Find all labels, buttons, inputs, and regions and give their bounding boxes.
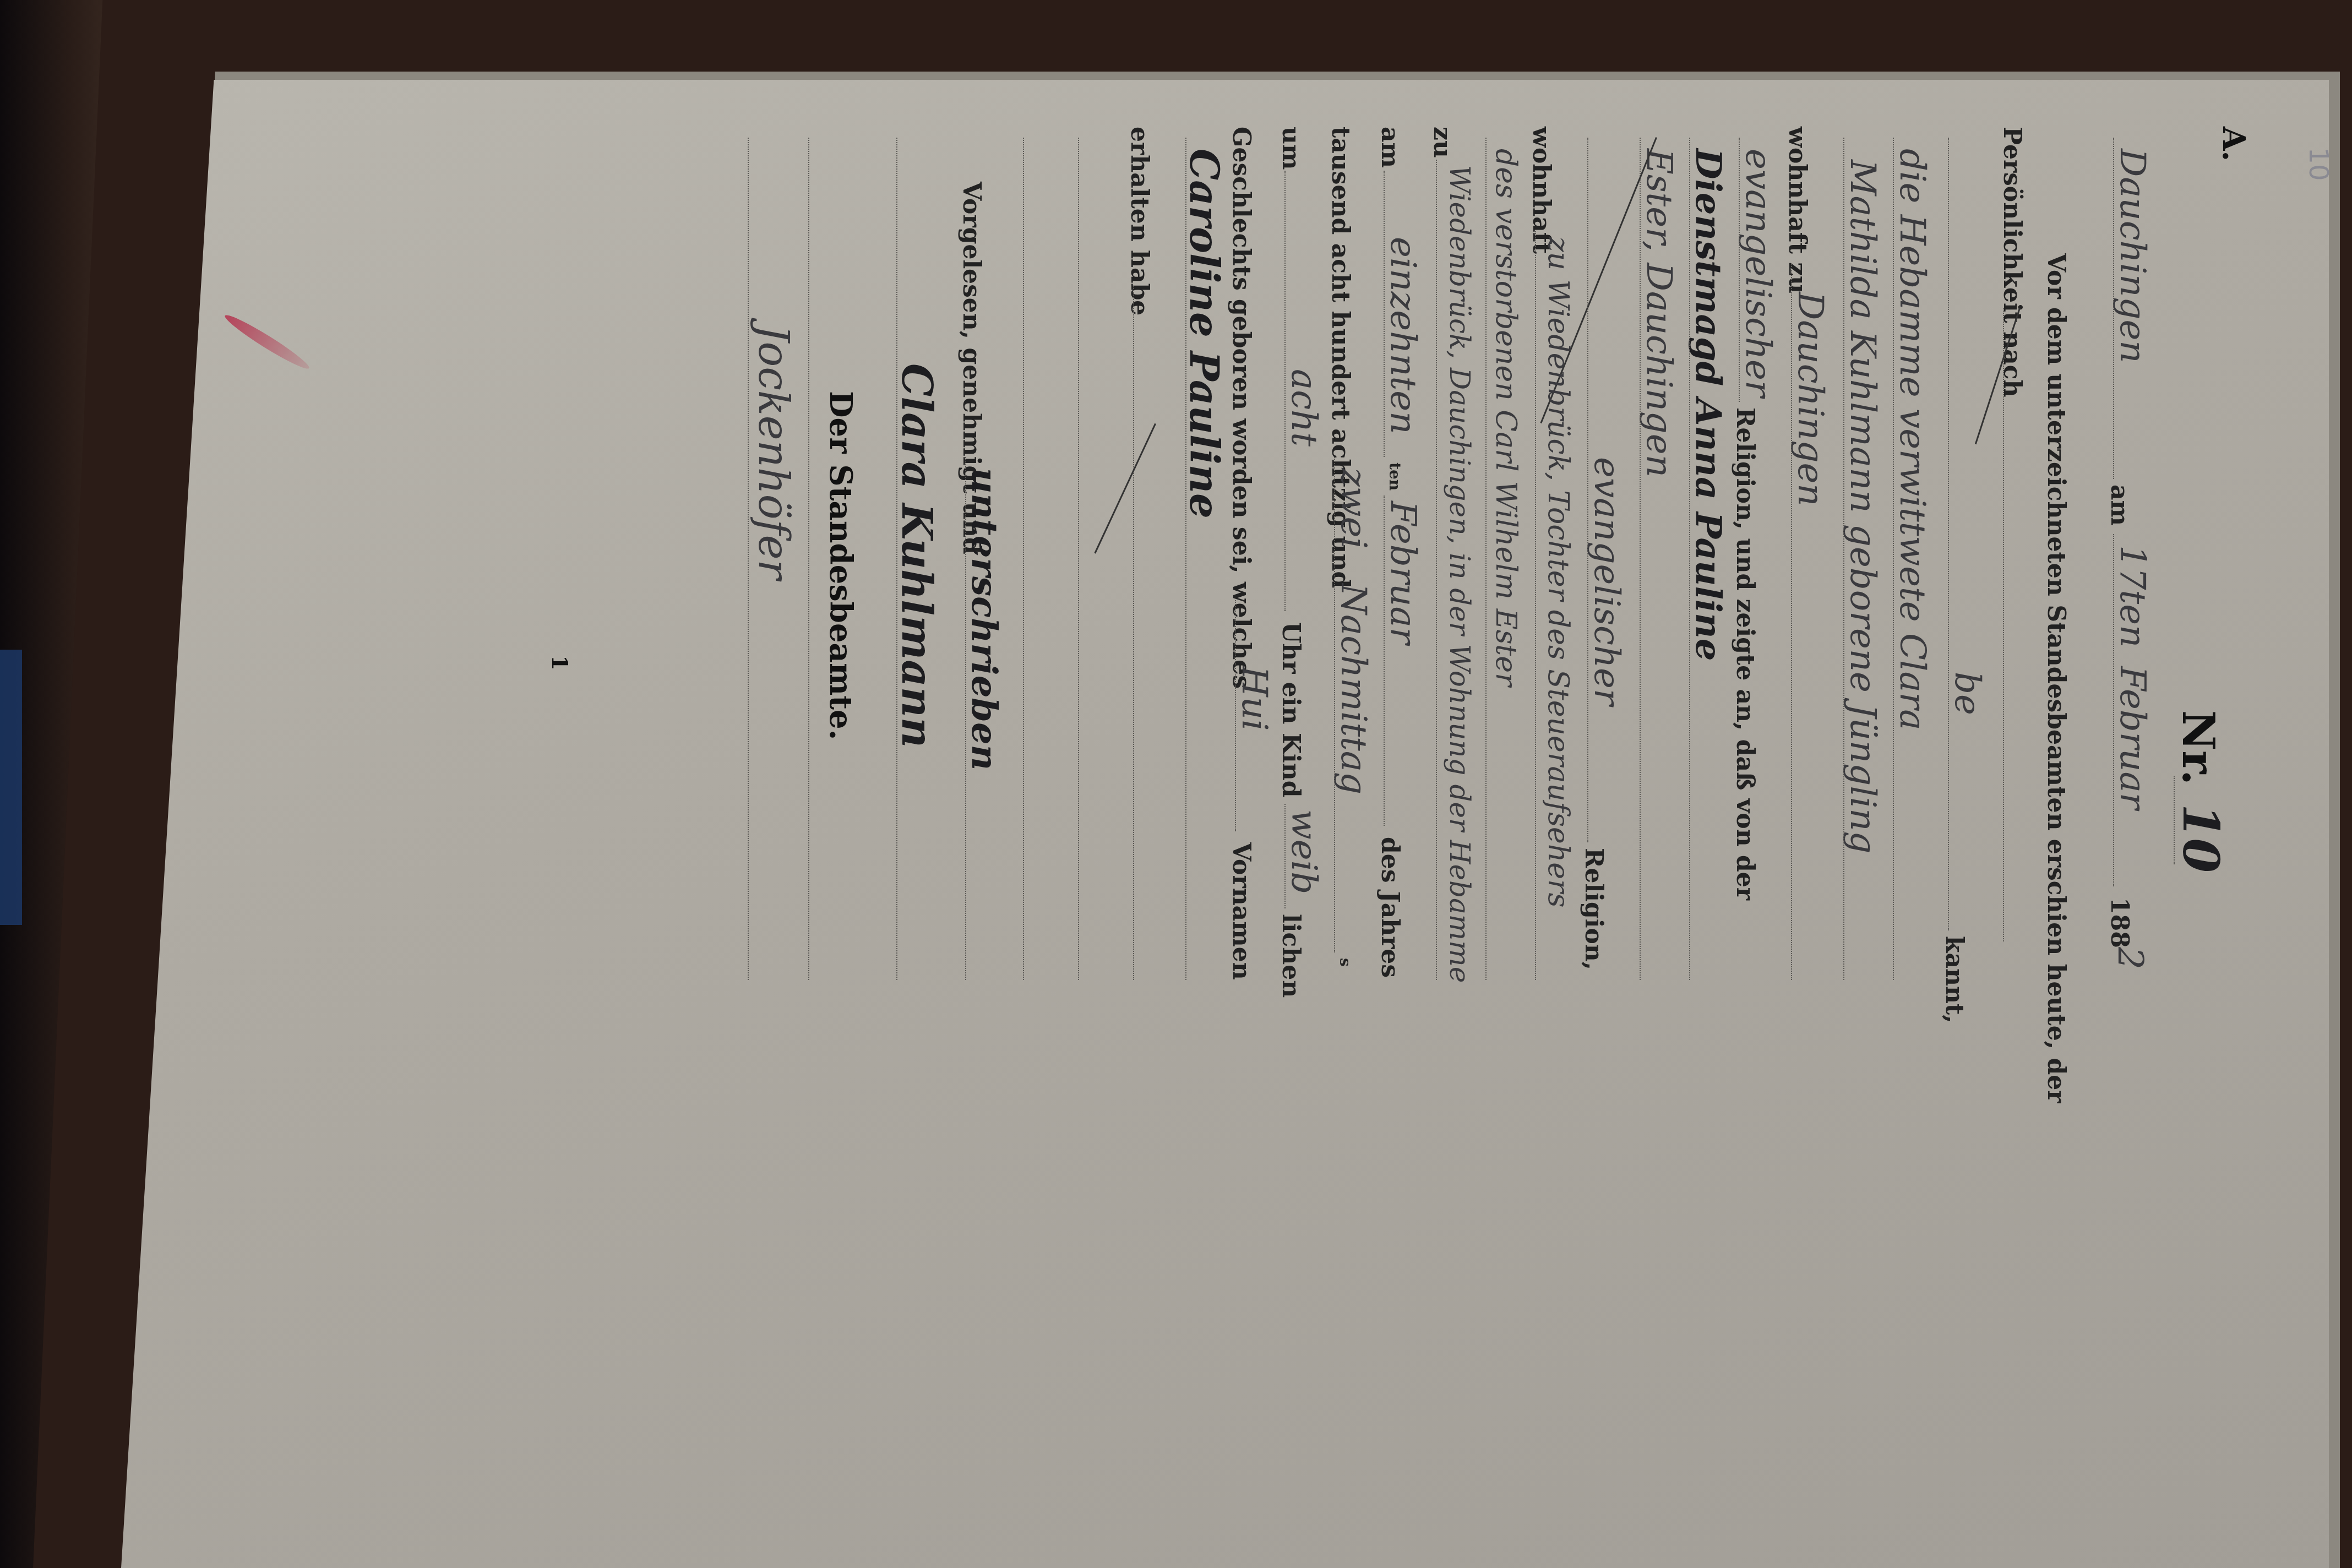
birthplace-value: Wiedenbrück, Dauchingen, in der Wohnung … xyxy=(1444,165,1476,983)
residence-label: wohnhaft zu xyxy=(1783,127,1811,293)
declarant-line1-rule xyxy=(1893,138,1894,980)
name-mark-line xyxy=(1235,600,1236,831)
birth-year-value: zwei xyxy=(1333,468,1374,549)
mother-residence-line2: des verstorbenen Carl Wilhelm Ester xyxy=(1489,149,1522,687)
forenames-line xyxy=(1185,138,1186,980)
time-um: um xyxy=(1277,127,1305,170)
entry-number: 10 xyxy=(2171,804,2230,873)
year-printed: 188 xyxy=(2105,897,2133,948)
religion1-label: Religion, und zeigte an, daß von der xyxy=(1731,407,1759,900)
year-handwritten: 2 xyxy=(2109,947,2150,970)
identity-line xyxy=(2003,308,2004,941)
residence-line xyxy=(1791,264,1792,980)
birth-register-form: A. Nr. 10 Dauchingen am 17ten Februar 18… xyxy=(385,127,2285,1448)
date-month: Februar xyxy=(2112,666,2153,809)
birth-year-line xyxy=(1334,457,1335,952)
religion2-label: Religion, xyxy=(1580,848,1608,970)
identity-label: Persönlichkeit nach xyxy=(1998,127,2026,398)
received-line xyxy=(1133,286,1134,980)
mother-line1-rule xyxy=(1689,138,1690,980)
footer-page-number: 1 xyxy=(547,655,573,671)
received-strike xyxy=(1094,423,1156,554)
place-line xyxy=(2113,138,2114,479)
declarant-line1: die Hebamme verwittwete Clara xyxy=(1892,149,1932,730)
known-line xyxy=(1948,138,1949,930)
birthplace-label: zu xyxy=(1428,127,1456,158)
mother-line1: Dienstmagd Anna Pauline xyxy=(1687,149,1729,661)
religion2-line xyxy=(1587,138,1588,842)
forenames-label: Vornamen xyxy=(1227,842,1255,980)
entry-number-line xyxy=(2174,776,2175,864)
date-day: 17ten xyxy=(2112,545,2153,647)
time-suffix: s xyxy=(1336,958,1354,967)
date-prefix: am xyxy=(2105,484,2133,526)
time-uhr-label: Uhr ein Kind xyxy=(1277,622,1305,798)
blank-line-2 xyxy=(1023,138,1024,980)
registrar-line-2 xyxy=(748,138,749,980)
birth-year-label: des Jahres xyxy=(1376,837,1404,978)
religion1-line xyxy=(1739,138,1740,402)
religion2-value: evangelischer xyxy=(1586,457,1627,706)
registrar-title: Der Standesbeamte. xyxy=(823,391,859,740)
declarant-line2: Mathilda Kuhlmann geborene Jüngling xyxy=(1842,160,1883,853)
declarant-signature: Clara Kuhlmann xyxy=(892,363,941,748)
received-label: erhalten habe xyxy=(1125,127,1153,315)
known-mark: be xyxy=(1947,672,1988,715)
known-label: kannt, xyxy=(1940,936,1968,1023)
registrar-line-1 xyxy=(808,138,809,980)
mother-residence-label: wohnhaft xyxy=(1527,127,1555,254)
birth-month-value: Februar xyxy=(1382,501,1423,644)
time-of-day-value: Nachmittag xyxy=(1333,584,1374,794)
sex-label: lichen xyxy=(1277,914,1305,998)
declarant-signature-line xyxy=(896,138,897,980)
register-letter: A. xyxy=(2215,127,2252,161)
mother-line2-rule xyxy=(1640,138,1641,980)
place-value: Dauchingen xyxy=(2112,149,2153,363)
entry-number-label: Nr. xyxy=(2173,710,2224,785)
forenames-value: Caroline Pauline xyxy=(1181,149,1228,519)
signature-word: unterschrieben xyxy=(963,468,1005,770)
birth-day-line xyxy=(1384,171,1385,457)
birthplace-line xyxy=(1436,160,1437,980)
birth-month-line xyxy=(1384,496,1385,826)
intro-text: Vor dem unterzeichneten Standesbeamten e… xyxy=(2042,253,2070,1103)
religion1-value: evangelischer xyxy=(1738,149,1778,398)
mother-residence-line xyxy=(1535,231,1536,980)
pencil-page-number: 10 xyxy=(2303,147,2334,181)
background-blue-cloth xyxy=(0,650,22,925)
mother-residence-value: zu Wiedenbrück, Tochter des Steueraufseh… xyxy=(1542,237,1575,908)
sex-value: weib xyxy=(1283,809,1324,894)
gender-label: Geschlechts geboren worden sei, welches xyxy=(1227,127,1255,689)
time-hour-value: acht xyxy=(1283,369,1324,447)
mother-residence-line2-rule xyxy=(1485,138,1487,980)
residence-value: Dauchingen xyxy=(1790,292,1831,507)
birth-month-suffix: ten xyxy=(1386,462,1404,491)
date-line xyxy=(2113,534,2114,886)
sex-line xyxy=(1284,804,1286,908)
approval-line xyxy=(965,457,966,980)
declarant-line2-rule xyxy=(1843,138,1844,980)
mother-line2: Ester, Dauchingen xyxy=(1638,149,1679,477)
blank-line-1 xyxy=(1078,138,1079,980)
name-mark: Hui xyxy=(1234,666,1275,731)
birth-date-am: am xyxy=(1376,127,1404,168)
birth-day-value: einzehnten xyxy=(1382,237,1423,434)
registrar-signature: Jockenhöfer xyxy=(749,325,798,580)
time-hour-line xyxy=(1284,171,1286,611)
